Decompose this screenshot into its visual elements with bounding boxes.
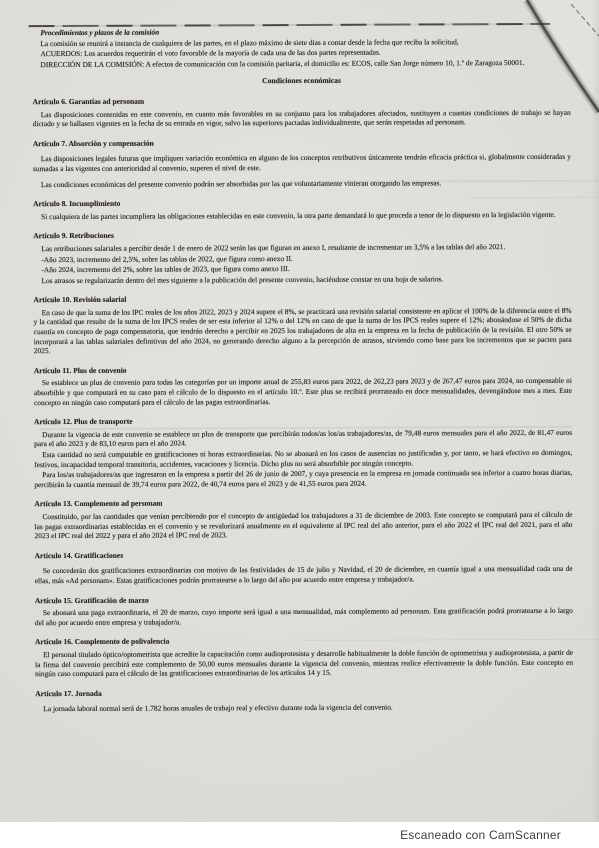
article-title: Artículo 15. Gratificación de marzo [35,593,573,605]
article-paragraph: Las disposiciones legales futuras que im… [33,152,571,174]
document-content: Procedimientos y plazos de la comisión L… [0,0,599,715]
article-paragraph: La jornada laboral normal será de 1.782 … [35,702,573,714]
article-paragraph: Las condiciones económicas del presente … [33,177,571,189]
section-heading: Condiciones económicas [33,75,571,87]
camscanner-watermark: Escaneado con CamScanner [400,828,561,842]
article-title: Artículo 11. Plus de convenio [34,364,572,376]
article-paragraph: Esta cantidad no será computable en grat… [34,448,572,470]
camscanner-footer: Escaneado con CamScanner [0,822,599,848]
article-paragraph: Se concederán dos gratificaciones extrao… [35,564,573,586]
intro-paragraph: DIRECCIÓN DE LA COMISIÓN: A efectos de c… [32,58,570,70]
article-title: Artículo 14. Gratificaciones [35,549,573,561]
article-paragraph: Las disposiciones contenidas en este con… [33,107,571,129]
article: Artículo 7. Absorción y compensación Las… [33,137,571,190]
article-title: Artículo 12. Plus de transporte [34,415,572,427]
scanned-document-page: Procedimientos y plazos de la comisión L… [0,0,599,848]
article-title: Artículo 10. Revisión salarial [33,293,571,305]
article: Artículo 6. Garantías ad personam Las di… [33,95,571,129]
article: Artículo 10. Revisión salarial En caso d… [33,293,571,356]
article: Artículo 11. Plus de convenio Se estable… [34,364,572,408]
article: Artículo 12. Plus de transporte Durante … [34,415,572,490]
article-title: Artículo 9. Retribuciones [33,229,571,241]
article-title: Artículo 16. Complemento de polivalencia [35,635,573,647]
article-paragraph: Se abonará una paga extraordinaria, el 2… [35,606,573,628]
article: Artículo 14. Gratificaciones Se conceder… [35,549,573,586]
article-paragraph: El personal titulado óptico/optometrista… [35,648,573,679]
article: Artículo 15. Gratificación de marzo Se a… [35,593,573,627]
article: Artículo 17. Jornada La jornada laboral … [35,686,573,714]
article-title: Artículo 13. Complemento ad personam [34,497,572,509]
article-paragraph: Los atrasos se regularizarán dentro del … [33,273,571,285]
article: Artículo 16. Complemento de polivalencia… [35,635,573,679]
article-paragraph: En caso de que la suma de los IPC reales… [34,306,572,356]
article-title: Artículo 6. Garantías ad personam [33,95,571,107]
article-paragraph: Durante la vigencia de este convenio se … [34,428,572,450]
scan-tilt-wrapper: Procedimientos y plazos de la comisión L… [0,0,599,822]
article: Artículo 13. Complemento ad personam Con… [34,497,572,541]
article-title: Artículo 8. Incumplimiento [33,197,571,209]
paper-scan-area: Procedimientos y plazos de la comisión L… [0,0,599,822]
article: Artículo 8. Incumplimiento Si cualquiera… [33,197,571,222]
article-paragraph: Para los/as trabajadores/as que ingresar… [34,468,572,490]
article-paragraph: Si cualquiera de las partes incumpliera … [33,210,571,222]
article-paragraph: Se establece un plus de convenio para to… [34,376,572,407]
article-paragraph: Constituido, por las cantidades que vení… [34,510,572,541]
article-title: Artículo 7. Absorción y compensación [33,137,571,149]
article-title: Artículo 17. Jornada [35,686,573,698]
article: Artículo 9. Retribuciones Las retribucio… [33,229,571,285]
